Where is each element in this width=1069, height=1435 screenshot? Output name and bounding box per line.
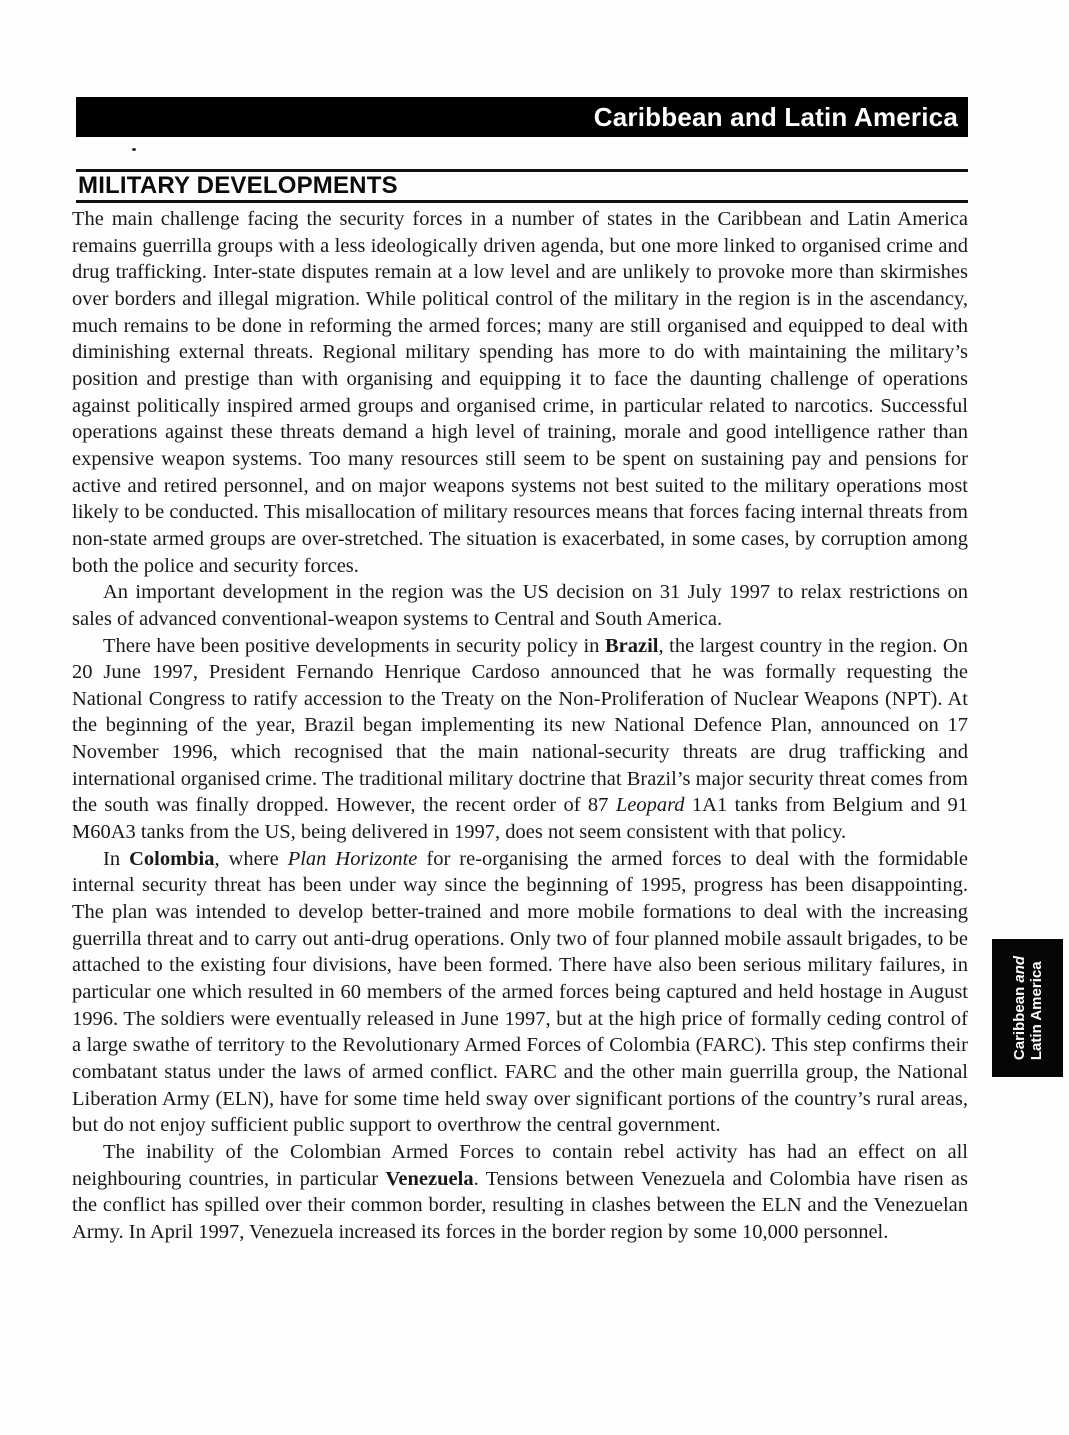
italic-run: Plan Horizonte	[288, 848, 418, 870]
text-run: An important development in the region w…	[72, 581, 968, 630]
text-run: There have been positive developments in…	[103, 635, 605, 657]
side-tab-line1-italic: and	[1011, 956, 1028, 983]
text-run: , the largest country in the region. On …	[72, 635, 968, 817]
paragraph: There have been positive developments in…	[72, 633, 968, 846]
side-tab-line2: Latin America	[1028, 956, 1045, 1060]
text-run: , where	[215, 848, 288, 870]
body-text: The main challenge facing the security f…	[72, 206, 968, 1246]
side-tab: Caribbean and Latin America	[992, 939, 1063, 1077]
region-header-title: Caribbean and Latin America	[594, 102, 968, 133]
scan-speck	[132, 148, 136, 151]
side-tab-label: Caribbean and Latin America	[1011, 956, 1045, 1060]
text-run: In	[103, 848, 129, 870]
italic-run: Leopard	[616, 794, 685, 816]
bold-run: Brazil	[605, 635, 659, 657]
paragraph: An important development in the region w…	[72, 579, 968, 632]
region-header-bar: Caribbean and Latin America	[76, 97, 968, 137]
paragraph: In Colombia, where Plan Horizonte for re…	[72, 846, 968, 1139]
section-heading: MILITARY DEVELOPMENTS	[78, 173, 398, 198]
side-tab-line1-text: Caribbean	[1011, 983, 1028, 1061]
bold-run: Colombia	[129, 848, 214, 870]
bold-run: Venezuela	[386, 1168, 474, 1190]
scanned-document-page: Caribbean and Latin America MILITARY DEV…	[0, 0, 1069, 1435]
section-rule-bottom	[76, 200, 968, 203]
paragraph: The inability of the Colombian Armed For…	[72, 1139, 968, 1246]
paragraph: The main challenge facing the security f…	[72, 206, 968, 579]
text-run: The main challenge facing the security f…	[72, 208, 968, 577]
text-run: for re-organising the armed forces to de…	[72, 848, 968, 1137]
side-tab-line1: Caribbean and	[1011, 956, 1028, 1060]
